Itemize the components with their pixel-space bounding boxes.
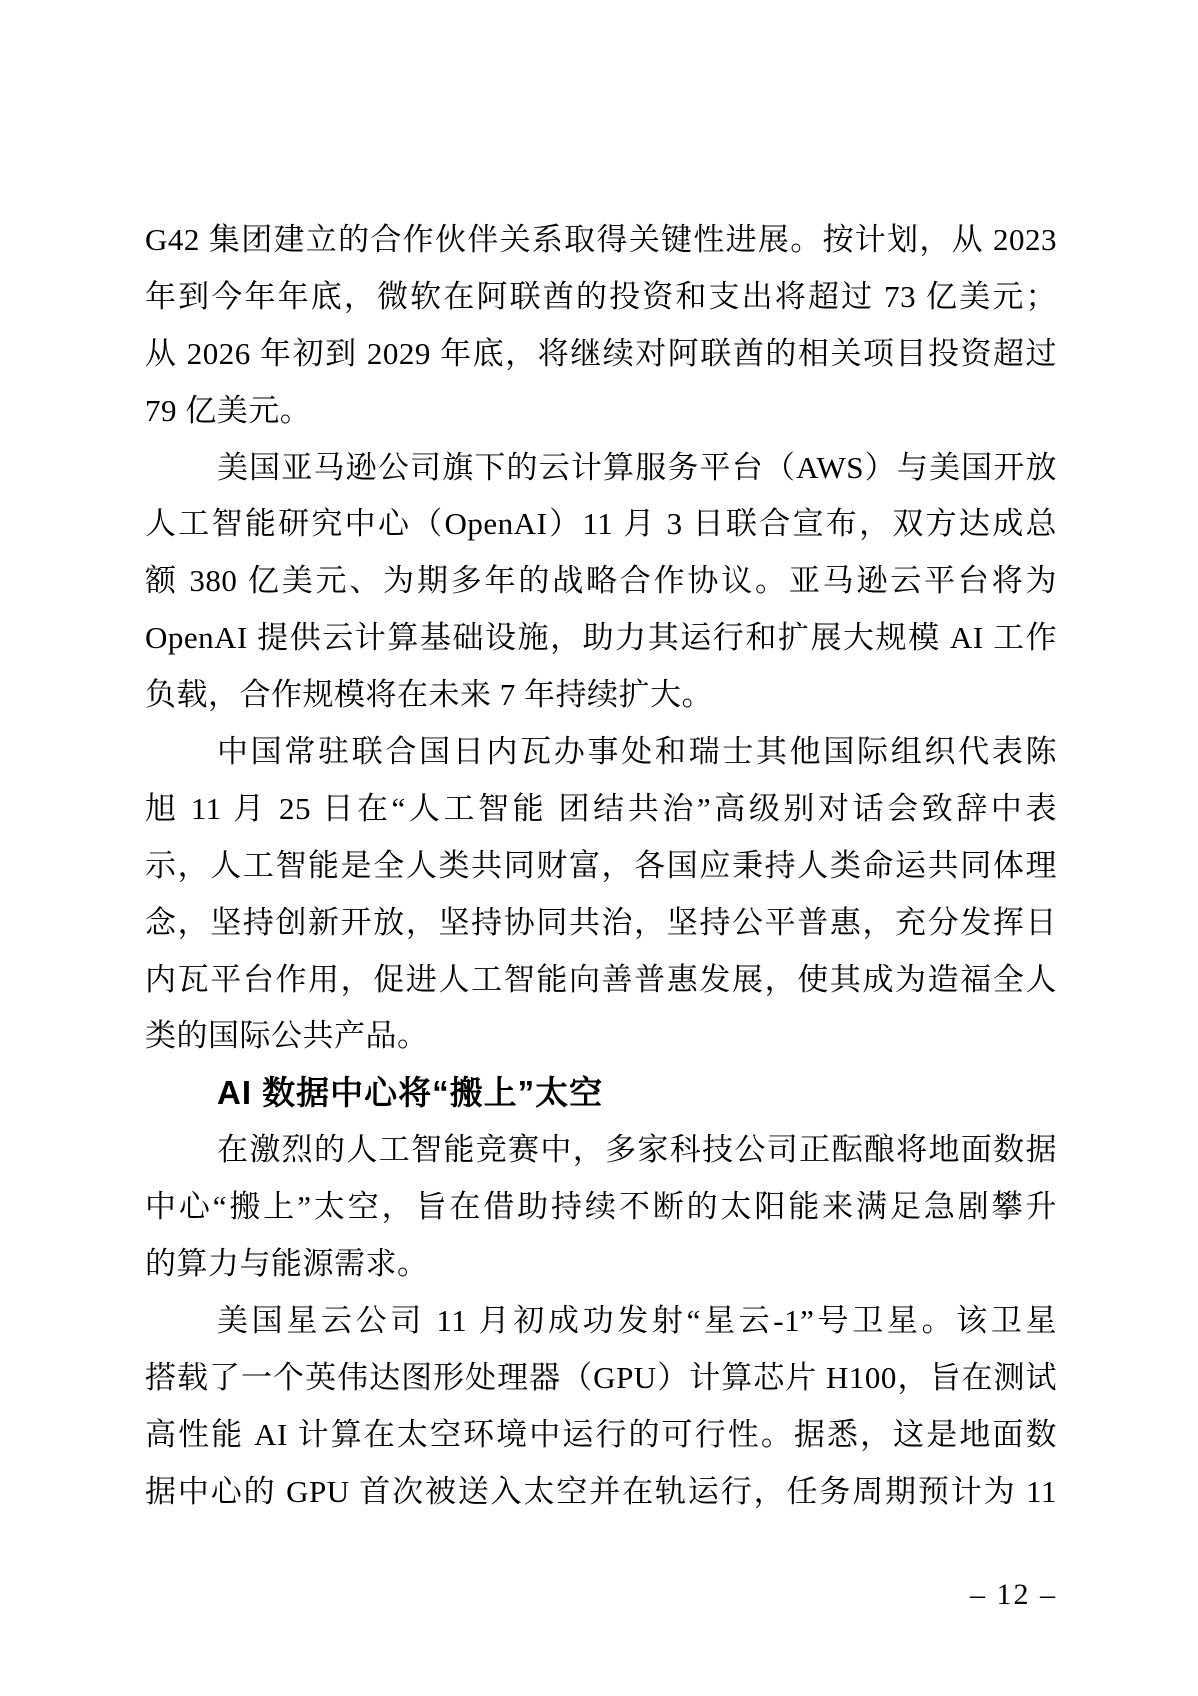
- document-body: G42 集团建立的合作伙伴关系取得关键性进展。按计划，从 2023 年到今年年底…: [145, 212, 1057, 1520]
- section-heading: AI 数据中心将“搬上”太空: [145, 1065, 1057, 1122]
- text-line: 旭 11 月 25 日在“人工智能 团结共治”高级别对话会致辞中表: [145, 781, 1057, 838]
- text-line: G42 集团建立的合作伙伴关系取得关键性进展。按计划，从 2023: [145, 212, 1057, 269]
- text-line: 念，坚持创新开放，坚持协同共治，坚持公平普惠，充分发挥日: [145, 895, 1057, 952]
- page-number: – 12 –: [657, 1578, 1057, 1612]
- text-line: 人工智能研究中心（OpenAI）11 月 3 日联合宣布，双方达成总: [145, 496, 1057, 553]
- text-line: 额 380 亿美元、为期多年的战略合作协议。亚马逊云平台将为: [145, 553, 1057, 610]
- text-line: 79 亿美元。: [145, 383, 1057, 440]
- text-line: 美国亚马逊公司旗下的云计算服务平台（AWS）与美国开放: [145, 440, 1057, 497]
- text-line: 据中心的 GPU 首次被送入太空并在轨运行，任务周期预计为 11: [145, 1464, 1057, 1521]
- text-line: 示，人工智能是全人类共同财富，各国应秉持人类命运共同体理: [145, 838, 1057, 895]
- text-line: 在激烈的人工智能竞赛中，多家科技公司正酝酿将地面数据: [145, 1122, 1057, 1179]
- text-line: 从 2026 年初到 2029 年底，将继续对阿联酋的相关项目投资超过: [145, 326, 1057, 383]
- text-line: OpenAI 提供云计算基础设施，助力其运行和扩展大规模 AI 工作: [145, 610, 1057, 667]
- text-line: 搭载了一个英伟达图形处理器（GPU）计算芯片 H100，旨在测试: [145, 1350, 1057, 1407]
- text-line: 中国常驻联合国日内瓦办事处和瑞士其他国际组织代表陈: [145, 724, 1057, 781]
- text-line: 中心“搬上”太空，旨在借助持续不断的太阳能来满足急剧攀升: [145, 1179, 1057, 1236]
- text-line: 负载，合作规模将在未来 7 年持续扩大。: [145, 667, 1057, 724]
- text-line: 美国星云公司 11 月初成功发射“星云-1”号卫星。该卫星: [145, 1293, 1057, 1350]
- text-line: 的算力与能源需求。: [145, 1236, 1057, 1293]
- document-page: G42 集团建立的合作伙伴关系取得关键性进展。按计划，从 2023 年到今年年底…: [0, 0, 1198, 1696]
- text-line: 年到今年年底，微软在阿联酋的投资和支出将超过 73 亿美元；: [145, 269, 1057, 326]
- text-line: 内瓦平台作用，促进人工智能向善普惠发展，使其成为造福全人: [145, 952, 1057, 1009]
- text-line: 高性能 AI 计算在太空环境中运行的可行性。据悉，这是地面数: [145, 1407, 1057, 1464]
- text-line: 类的国际公共产品。: [145, 1008, 1057, 1065]
